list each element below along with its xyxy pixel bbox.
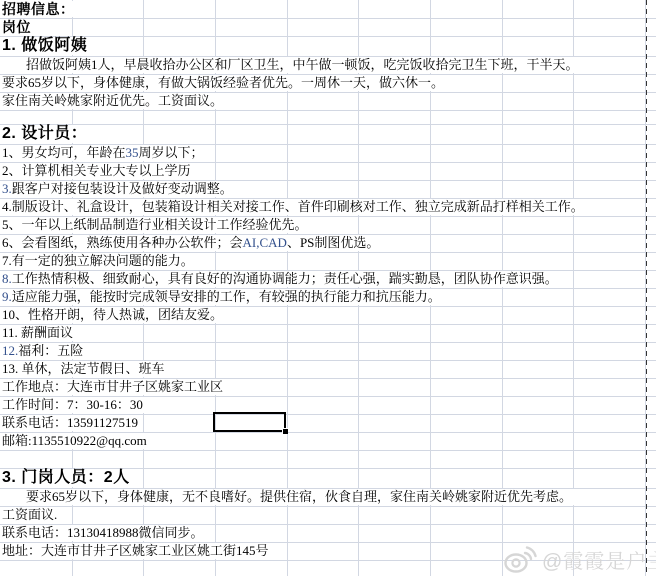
sheet-row[interactable]: 11. 薪酬面议 <box>2 325 77 341</box>
row-text: 10、性格开朗，待人热诚，团结友爱。 <box>2 307 223 322</box>
row-text: 招聘信息： <box>2 1 75 17</box>
sheet-row[interactable]: 工作地点：大连市甘井子区姚家工业区 <box>2 379 227 395</box>
selected-cell[interactable] <box>213 412 286 432</box>
row-text: 招做饭阿姨1人，早晨收拾办公区和厂区卫生，中午做一顿饭，吃完饭收拾完卫生下班，干… <box>26 57 579 72</box>
sheet-row[interactable]: 招聘信息： <box>2 1 79 17</box>
sheet-row[interactable]: 1、男女均可，年龄在35周岁以下； <box>2 145 208 161</box>
sheet-row[interactable]: 2、计算机相关专业大专以上学历 <box>2 163 195 179</box>
row-text: 岗位 <box>2 19 31 35</box>
row-text: AI,CAD <box>243 235 287 250</box>
gridline-horizontal <box>0 36 656 37</box>
sheet-row[interactable]: 要求65岁以下，身体健康，有做大锅饭经验者优先。一周休一天，做六休一。 <box>2 75 448 91</box>
sheet-row[interactable]: 1. 做饭阿姨 <box>2 37 91 55</box>
sheet-row[interactable]: 联系电话：13130418988微信同步。 <box>2 525 208 541</box>
row-text: 8. <box>2 271 12 286</box>
sheet-row[interactable]: 12.福利：五险 <box>2 343 87 359</box>
row-text: 1. 做饭阿姨 <box>2 37 87 54</box>
sheet-row[interactable]: 联系电话：13591127519 <box>2 415 142 431</box>
row-text: 11. 薪酬面议 <box>2 325 73 340</box>
sheet-row[interactable]: 5、一年以上纸制品制造行业相关设计工作经验优先。 <box>2 217 312 233</box>
sheet-row[interactable]: 3. 门岗人员：2人 <box>2 469 134 487</box>
row-text: 工作热情积极、细致耐心，具有良好的沟通协调能力；责任心强，踹实勤恳，团队协作意识… <box>12 271 558 286</box>
sheet-row[interactable]: 邮箱:1135510922@qq.com <box>2 433 151 449</box>
row-text: 工作地点：大连市甘井子区姚家工业区 <box>2 379 223 394</box>
row-text: 、PS制图优选。 <box>287 235 379 250</box>
sheet-row[interactable]: 岗位 <box>2 19 35 35</box>
gridline-horizontal <box>0 110 656 111</box>
sheet-row[interactable]: 13. 单休，法定节假日、班车 <box>2 361 169 377</box>
row-text: 6、会看图纸，熟练使用各种办公软件；会 <box>2 235 243 250</box>
row-text: 13. 单休，法定节假日、班车 <box>2 361 165 376</box>
spreadsheet: 招聘信息：岗位1. 做饭阿姨招做饭阿姨1人，早晨收拾办公区和厂区卫生，中午做一顿… <box>0 0 656 576</box>
weibo-icon <box>503 544 537 574</box>
row-text: 12. <box>2 343 18 358</box>
sheet-row[interactable]: 2. 设计员： <box>2 125 91 143</box>
row-text: 4.制版设计、礼盒设计，包装箱设计相关对接工作、首件印刷核对工作、独立完成新品打… <box>2 199 584 214</box>
sheet-row[interactable]: 9.适应能力强，能按时完成领导安排的工作，有较强的执行能力和抗压能力。 <box>2 289 445 305</box>
row-text: 跟客户对接包装设计及做好变动调整。 <box>12 181 233 196</box>
sheet-row[interactable]: 10、性格开朗，待人热诚，团结友爱。 <box>2 307 227 323</box>
gridline-horizontal <box>0 124 656 125</box>
sheet-row[interactable]: 要求65岁以下，身体健康，无不良嗜好。提供住宿，伙食自理，家住南关岭姚家附近优先… <box>26 489 576 505</box>
fill-handle[interactable] <box>282 428 288 434</box>
gridline-horizontal <box>0 18 656 19</box>
row-text: 2. 设计员： <box>2 125 87 142</box>
gridline-horizontal <box>0 506 656 507</box>
row-text: 要求65岁以下，身体健康，有做大锅饭经验者优先。一周休一天，做六休一。 <box>2 75 444 90</box>
gridline-horizontal <box>0 450 656 451</box>
row-text: 家住南关岭姚家附近优先。工资面议。 <box>2 93 223 108</box>
row-text: 联系电话：13130418988微信同步。 <box>2 525 204 540</box>
row-text: 9. <box>2 289 12 304</box>
sheet-row[interactable]: 招做饭阿姨1人，早晨收拾办公区和厂区卫生，中午做一顿饭，吃完饭收拾完卫生下班，干… <box>26 57 583 73</box>
sheet-row[interactable]: 工资面议. <box>2 507 61 523</box>
gridline-horizontal <box>0 342 656 343</box>
row-text: 3. <box>2 181 12 196</box>
watermark-text: @霞霞是户主呀 <box>542 545 656 574</box>
sheet-row[interactable]: 3.跟客户对接包装设计及做好变动调整。 <box>2 181 237 197</box>
row-text: 福利：五险 <box>18 343 83 358</box>
row-text: 3. 门岗人员：2人 <box>2 469 130 486</box>
sheet-row[interactable]: 家住南关岭姚家附近优先。工资面议。 <box>2 93 227 109</box>
page-break-line <box>646 0 647 576</box>
row-text: 邮箱:1135510922@qq.com <box>2 433 147 448</box>
sheet-row[interactable]: 8.工作热情积极、细致耐心，具有良好的沟通协调能力；责任心强，踹实勤恳，团队协作… <box>2 271 562 287</box>
watermark: @霞霞是户主呀 <box>503 544 656 574</box>
row-text: 1、男女均可，年龄在 <box>2 145 126 160</box>
row-text: 2、计算机相关专业大专以上学历 <box>2 163 191 178</box>
sheet-row[interactable]: 6、会看图纸，熟练使用各种办公软件；会AI,CAD、PS制图优选。 <box>2 235 383 251</box>
sheet-row[interactable]: 地址：大连市甘井子区姚家工业区姚工街145号 <box>2 543 273 559</box>
gridline-horizontal <box>0 324 656 325</box>
sheet-row[interactable]: 工作时间：7：30-16：30 <box>2 397 147 413</box>
row-text: 要求65岁以下，身体健康，无不良嗜好。提供住宿，伙食自理，家住南关岭姚家附近优先… <box>26 489 572 504</box>
sheet-row[interactable]: 4.制版设计、礼盒设计，包装箱设计相关对接工作、首件印刷核对工作、独立完成新品打… <box>2 199 588 215</box>
row-text: 35 <box>126 145 139 160</box>
row-text: 工资面议. <box>2 507 57 522</box>
row-text: 周岁以下； <box>139 145 204 160</box>
row-text: 地址：大连市甘井子区姚家工业区姚工街145号 <box>2 543 269 558</box>
row-text: 工作时间：7：30-16：30 <box>2 397 143 412</box>
sheet-row[interactable]: 7.有一定的独立解决问题的能力。 <box>2 253 198 269</box>
row-text: 7.有一定的独立解决问题的能力。 <box>2 253 194 268</box>
row-text: 联系电话：13591127519 <box>2 415 138 430</box>
row-text: 适应能力强，能按时完成领导安排的工作，有较强的执行能力和抗压能力。 <box>12 289 441 304</box>
row-text: 5、一年以上纸制品制造行业相关设计工作经验优先。 <box>2 217 308 232</box>
